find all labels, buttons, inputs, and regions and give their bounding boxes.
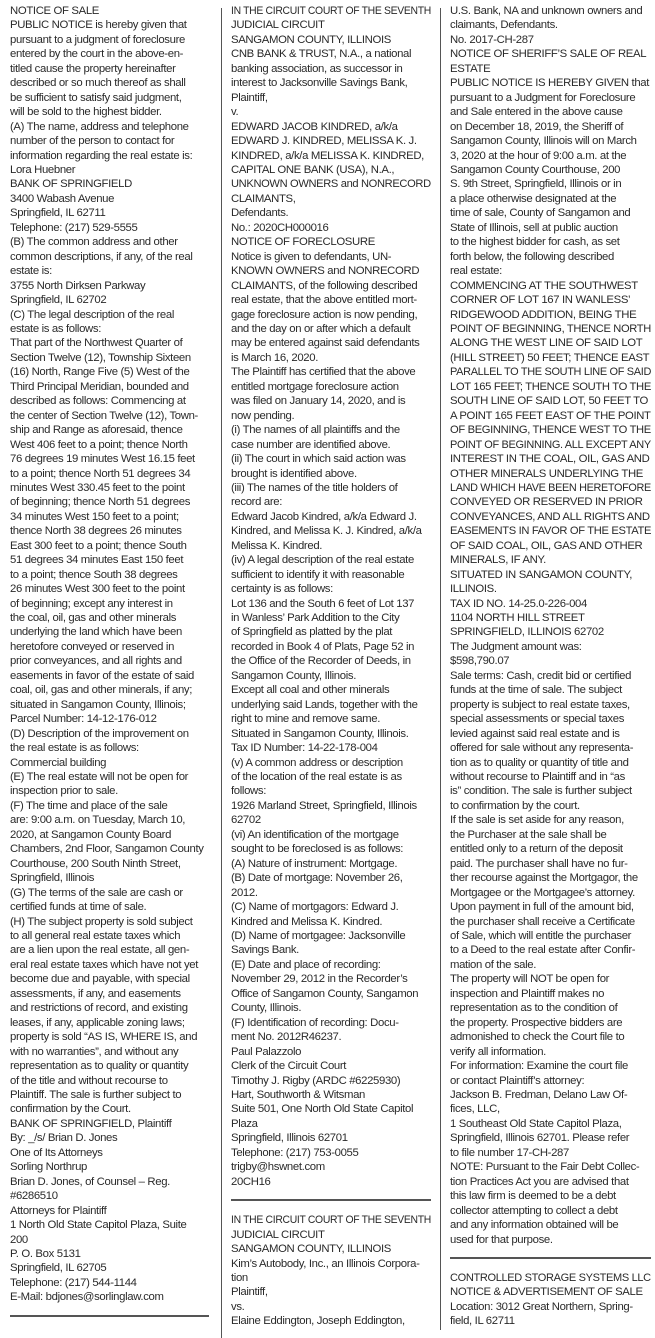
notice-text-line: coal, oil, gas and other minerals, if an… <box>10 683 209 697</box>
notice-text-line: For information: Examine the court file <box>450 1059 651 1073</box>
notice-text-line: 200 <box>10 1233 209 1247</box>
notice-text-line: Sale terms: Cash, credit bid or certifie… <box>450 669 651 683</box>
notice-text-line: BANK OF SPRINGFIELD <box>10 177 209 191</box>
notice-text-line: SPRINGFIELD, ILLINOIS 62702 <box>450 625 651 639</box>
notice-text-line: LOT 165 FEET; THENCE SOUTH TO THE <box>450 380 649 394</box>
notice-text-line: is March 16, 2020. <box>231 351 431 365</box>
notice-text-line: ship and Range as aforesaid, thence <box>10 423 209 437</box>
notice-text-line: JUDICIAL CIRCUIT <box>231 1228 431 1242</box>
notice-text-line: POINT OF BEGINNING. ALL EXCEPT ANY <box>450 438 644 452</box>
notice-text-line: described as follows: Commencing at <box>10 394 209 408</box>
notice-text-line: field, IL 62711 <box>450 1314 651 1328</box>
notice-text-line: Notice is given to defendants, UN- <box>231 250 431 264</box>
notice-text-line: entitled mortgage foreclosure action <box>231 380 431 394</box>
notice-text-line: brought is identified above. <box>231 467 431 481</box>
notice-text-line: (H) The subject property is sold subject <box>10 915 209 929</box>
notice-text-line: (F) The time and place of the sale <box>10 799 209 813</box>
notice-text-line: PARALLEL TO THE SOUTH LINE OF SAID <box>450 365 644 379</box>
notice-text-line: Defendants. <box>231 206 431 220</box>
notice-text-line: record are: <box>231 495 431 509</box>
notice-text-line: Lora Huebner <box>10 163 209 177</box>
notice-text-line: underlying said Lands, together with the <box>231 698 431 712</box>
notice-text-line: LAND WHICH HAVE BEEN HERETOFORE <box>450 481 642 495</box>
notice-text-line: number of the person to contact for <box>10 134 209 148</box>
notice-text-line: (E) The real estate will not be open for <box>10 770 209 784</box>
notice-text-line: EASEMENTS IN FAVOR OF THE ESTATE <box>450 524 648 538</box>
notice-of-sheriffs-sale: U.S. Bank, NA and unknown owners andclai… <box>450 4 651 1247</box>
notice-of-foreclosure-kindred: IN THE CIRCUIT COURT OF THE SEVENTHJUDIC… <box>231 4 431 1189</box>
notice-text-line: 20CH16 <box>231 1175 431 1189</box>
notice-text-line: 3, 2020 at the hour of 9:00 a.m. at the <box>450 149 651 163</box>
notice-text-line: Parcel Number: 14-12-176-012 <box>10 712 209 726</box>
notice-text-line: ther recourse against the Mortgagor, the <box>450 871 651 885</box>
notice-text-line: (D) Description of the improvement on <box>10 727 209 741</box>
notice-text-line: Third Principal Meridian, bounded and <box>10 380 209 394</box>
notice-text-line: forth below, the following described <box>450 250 651 264</box>
notice-text-line: U.S. Bank, NA and unknown owners and <box>450 4 651 18</box>
notice-text-line: Springfield, IL 62702 <box>10 293 209 307</box>
notice-text-line: banking association, as successor in <box>231 62 431 76</box>
notice-text-line: underlying the land which have been <box>10 625 209 639</box>
notice-text-line: special assessments or special taxes <box>450 712 651 726</box>
notice-text-line: to a point; thence North 51 degrees 34 <box>10 467 209 481</box>
notice-text-line: tion <box>231 1271 431 1285</box>
notice-text-line: November 29, 2012 in the Recorder’s <box>231 972 431 986</box>
notice-text-line: Plaza <box>231 1117 431 1131</box>
notice-text-line: 1 Southeast Old State Capitol Plaza, <box>450 1117 651 1131</box>
column-divider <box>221 8 222 1338</box>
notice-text-line: the Office of the Recorder of Deeds, in <box>231 654 431 668</box>
notice-text-line: Jackson B. Fredman, Delano Law Of- <box>450 1088 651 1102</box>
notice-text-line: (E) Date and place of recording: <box>231 958 431 972</box>
notice-text-line: the coal, oil, gas and other minerals <box>10 611 209 625</box>
notice-text-line: Location: 3012 Great Northern, Spring- <box>450 1300 651 1314</box>
notice-text-line: are: 9:00 a.m. on Tuesday, March 10, <box>10 813 209 827</box>
notice-separator <box>450 1257 651 1259</box>
notice-text-line: trigby@hswnet.com <box>231 1160 431 1174</box>
notice-text-line: 51 degrees 34 minutes East 150 feet <box>10 553 209 567</box>
notice-text-line: PUBLIC NOTICE is hereby given that <box>10 18 209 32</box>
notice-text-line: property is subject to real estate taxes… <box>450 698 651 712</box>
notice-text-line: SANGAMON COUNTY, ILLINOIS <box>231 33 431 47</box>
notice-text-line: the center of Section Twelve (12), Town- <box>10 409 209 423</box>
notice-text-line: and the day on or after which a default <box>231 322 431 336</box>
notice-controlled-storage-systems: CONTROLLED STORAGE SYSTEMS LLCNOTICE & A… <box>450 1271 651 1329</box>
notice-text-line: information regarding the real estate is… <box>10 149 209 163</box>
notice-text-line: with no warranties”, and without any <box>10 1045 209 1059</box>
notice-text-line: of beginning; thence North 51 degrees <box>10 495 209 509</box>
notice-text-line: was filed on January 14, 2020, and is <box>231 394 431 408</box>
notice-text-line: real estate: <box>450 264 651 278</box>
notice-text-line: 1104 NORTH HILL STREET <box>450 611 651 625</box>
notice-text-line: representation as to quality or quantity <box>10 1059 209 1073</box>
notice-text-line: of the location of the real estate is as <box>231 770 431 784</box>
notice-text-line: Upon payment in full of the amount bid, <box>450 900 651 914</box>
notice-text-line: One of Its Attorneys <box>10 1146 209 1160</box>
notice-text-line: levied against said real estate and is <box>450 727 651 741</box>
notice-text-line: become due and payable, with special <box>10 972 209 986</box>
notice-text-line: SOUTH LINE OF SAID LOT, 50 FEET TO <box>450 394 651 408</box>
notice-text-line: 3400 Wabash Avenue <box>10 192 209 206</box>
notice-kims-autobody: IN THE CIRCUIT COURT OF THE SEVENTHJUDIC… <box>231 1213 431 1329</box>
notice-text-line: to all general real estate taxes which <box>10 929 209 943</box>
notice-text-line: (HILL STREET) 50 FEET; THENCE EAST <box>450 351 651 365</box>
notice-text-line: Paul Palazzolo <box>231 1045 431 1059</box>
notice-text-line: NOTICE OF SHERIFF’S SALE OF REAL <box>450 47 651 61</box>
column-3: U.S. Bank, NA and unknown owners andclai… <box>450 4 651 1329</box>
notice-text-line: titled cause the property hereinafter <box>10 62 209 76</box>
notice-text-line: E-Mail: bdjones@sorlinglaw.com <box>10 1290 209 1304</box>
notice-text-line: (v) A common address or description <box>231 756 431 770</box>
notice-text-line: of Springfield as platted by the plat <box>231 625 431 639</box>
notice-text-line: KINDRED, a/k/a MELISSA K. KINDRED, <box>231 149 431 163</box>
notice-text-line: (A) The name, address and telephone <box>10 120 209 134</box>
notice-text-line: SANGAMON COUNTY, ILLINOIS <box>231 1242 431 1256</box>
notice-text-line: Springfield, IL 62711 <box>10 206 209 220</box>
notice-text-line: Timothy J. Rigby (ARDC #6225930) <box>231 1074 431 1088</box>
notice-text-line: JUDICIAL CIRCUIT <box>231 18 431 32</box>
notice-text-line: tion Practices Act you are advised that <box>450 1175 651 1189</box>
notice-text-line: Plaintiff, <box>231 91 431 105</box>
notice-text-line: CAPITAL ONE BANK (USA), N.A., <box>231 163 431 177</box>
notice-text-line: claimants, Defendants. <box>450 18 651 32</box>
notice-text-line: That part of the Northwest Quarter of <box>10 336 209 350</box>
notice-text-line: (G) The terms of the sale are cash or <box>10 886 209 900</box>
notice-text-line: will be sold to the highest bidder. <box>10 105 209 119</box>
notice-text-line: to file number 17-CH-287 <box>450 1146 651 1160</box>
notice-text-line: now pending. <box>231 409 431 423</box>
notice-text-line: easements in favor of the estate of said <box>10 669 209 683</box>
notice-text-line: or contact Plaintiff’s attorney: <box>450 1074 651 1088</box>
notice-text-line: Kindred, and Melissa K. J. Kindred, a/k/… <box>231 524 431 538</box>
notice-text-line: Tax ID Number: 14-22-178-004 <box>231 741 431 755</box>
notice-text-line: NOTICE & ADVERTISEMENT OF SALE <box>450 1285 651 1299</box>
notice-text-line: the Purchaser at the sale shall be <box>450 828 651 842</box>
notice-text-line: Sorling Northrup <box>10 1160 209 1174</box>
notice-text-line: the real estate is as follows: <box>10 741 209 755</box>
notice-text-line: Section Twelve (12), Township Sixteen <box>10 351 209 365</box>
notice-text-line: (i) The names of all plaintiffs and the <box>231 423 431 437</box>
notice-text-line: S. 9th Street, Springfield, Illinois or … <box>450 177 651 191</box>
notice-text-line: tion as to quality or quantity of title … <box>450 756 651 770</box>
notice-of-sale-bank-of-springfield: NOTICE OF SALEPUBLIC NOTICE is hereby gi… <box>10 4 209 1305</box>
notice-text-line: CONVEYANCES, AND ALL RIGHTS AND <box>450 510 651 524</box>
notice-text-line: (F) Identification of recording: Docu- <box>231 1016 431 1030</box>
notice-text-line: ment No. 2012R46237. <box>231 1030 431 1044</box>
notice-text-line: (B) The common address and other <box>10 235 209 249</box>
notice-text-line: Hart, Southworth & Witsman <box>231 1088 431 1102</box>
column-2: IN THE CIRCUIT COURT OF THE SEVENTHJUDIC… <box>231 4 431 1329</box>
notice-text-line: assessments, if any, and easements <box>10 987 209 1001</box>
notice-text-line: real estate, that the above entitled mor… <box>231 293 431 307</box>
notice-text-line: 76 degrees 19 minutes West 16.15 feet <box>10 452 209 466</box>
notice-text-line: the purchaser shall receive a Certificat… <box>450 915 651 929</box>
notice-text-line: may be entered against said defendants <box>231 336 431 350</box>
notice-text-line: Springfield, IL 62705 <box>10 1261 209 1275</box>
notice-text-line: common descriptions, if any, of the real <box>10 250 209 264</box>
notice-text-line: Sangamon County, Illinois will on March <box>450 134 651 148</box>
notice-text-line: mation of the sale. <box>450 958 651 972</box>
notice-text-line: EDWARD JACOB KINDRED, a/k/a <box>231 120 431 134</box>
legal-notices-page: NOTICE OF SALEPUBLIC NOTICE is hereby gi… <box>0 0 655 1338</box>
notice-text-line: fices, LLC, <box>450 1102 651 1116</box>
notice-text-line: The Plaintiff has certified that the abo… <box>231 365 431 379</box>
notice-text-line: OTHER MINERALS UNDERLYING THE <box>450 467 651 481</box>
notice-text-line: TAX ID NO. 14-25.0-226-004 <box>450 597 651 611</box>
notice-text-line: CORNER OF LOT 167 IN WANLESS’ <box>450 293 651 307</box>
notice-text-line: UNKNOWN OWNERS and NONRECORD <box>231 177 427 191</box>
notice-text-line: Springfield, Illinois 62701. Please refe… <box>450 1131 651 1145</box>
notice-text-line: situated in Sangamon County, Illinois; <box>10 698 209 712</box>
notice-text-line: NOTE: Pursuant to the Fair Debt Collec- <box>450 1160 651 1174</box>
notice-text-line: KNOWN OWNERS and NONRECORD <box>231 264 431 278</box>
notice-text-line: The Judgment amount was: <box>450 640 651 654</box>
notice-text-line: RIDGEWOOD ADDITION, BEING THE <box>450 308 651 322</box>
notice-text-line: right to mine and remove same. <box>231 712 431 726</box>
notice-text-line: entered by the court in the above-en- <box>10 47 209 61</box>
notice-text-line: Telephone: (217) 544-1144 <box>10 1276 209 1290</box>
notice-text-line: and any information obtained will be <box>450 1218 651 1232</box>
notice-text-line: used for that purpose. <box>450 1233 651 1247</box>
notice-text-line: Except all coal and other minerals <box>231 683 431 697</box>
notice-text-line: (D) Name of mortgagee: Jacksonville <box>231 929 431 943</box>
notice-text-line: follows: <box>231 784 431 798</box>
notice-text-line: inspection and Plaintiff makes no <box>450 987 651 1001</box>
notice-text-line: entitled only to a return of the deposit <box>450 842 651 856</box>
notice-text-line: inspection prior to sale. <box>10 784 209 798</box>
notice-text-line: interest to Jacksonville Savings Bank, <box>231 76 431 90</box>
notice-text-line: leases, if any, applicable zoning laws; <box>10 1016 209 1030</box>
notice-text-line: ALONG THE WEST LINE OF SAID LOT <box>450 336 651 350</box>
notice-text-line: the property. Prospective bidders are <box>450 1016 651 1030</box>
notice-text-line: EDWARD J. KINDRED, MELISSA K. J. <box>231 134 431 148</box>
notice-text-line: Edward Jacob Kindred, a/k/a Edward J. <box>231 510 431 524</box>
notice-text-line: is” condition. The sale is further subje… <box>450 784 651 798</box>
notice-text-line: be sufficient to satisfy said judgment, <box>10 91 209 105</box>
notice-text-line: admonished to check the Court file to <box>450 1030 651 1044</box>
notice-text-line: MINERALS, IF ANY. <box>450 553 651 567</box>
notice-text-line: verify all information. <box>450 1045 651 1059</box>
notice-text-line: this law firm is deemed to be a debt <box>450 1189 651 1203</box>
notice-text-line: Plaintiff. The sale is further subject t… <box>10 1088 209 1102</box>
notice-text-line: Sangamon County Courthouse, 200 <box>450 163 651 177</box>
notice-text-line: Office of Sangamon County, Sangamon <box>231 987 431 1001</box>
column-divider <box>440 8 441 1330</box>
notice-text-line: Telephone: (217) 529-5555 <box>10 221 209 235</box>
notice-text-line: a place otherwise designated at the <box>450 192 651 206</box>
notice-text-line: pursuant to a Judgment for Foreclosure <box>450 91 651 105</box>
notice-text-line: pursuant to a judgment of foreclosure <box>10 33 209 47</box>
notice-text-line: prior conveyances, and all rights and <box>10 654 209 668</box>
notice-text-line: 1926 Marland Street, Springfield, Illino… <box>231 799 431 813</box>
notice-text-line: (iv) A legal description of the real est… <box>231 553 431 567</box>
notice-text-line: and Sale entered in the above cause <box>450 105 651 119</box>
notice-text-line: on December 18, 2019, the Sheriff of <box>450 120 651 134</box>
notice-text-line: Sangamon County, Illinois. <box>231 669 431 683</box>
notice-text-line: eral real estate taxes which have not ye… <box>10 958 209 972</box>
notice-text-line: to a point; thence South 38 degrees <box>10 568 209 582</box>
notice-text-line: CLAIMANTS, of the following described <box>231 279 431 293</box>
notice-text-line: 2020, at Sangamon County Board <box>10 828 209 842</box>
notice-text-line: of Sale, which will entitle the purchase… <box>450 929 651 943</box>
notice-text-line: Plaintiff, <box>231 1285 431 1299</box>
notice-text-line: POINT OF BEGINNING, THENCE NORTH <box>450 322 647 336</box>
notice-text-line: recorded in Book 4 of Plats, Page 52 in <box>231 640 431 654</box>
notice-text-line: Kim’s Autobody, Inc., an Illinois Corpor… <box>231 1257 431 1271</box>
notice-text-line: to confirmation by the court. <box>450 799 651 813</box>
notice-text-line: Elaine Eddington, Joseph Eddington, <box>231 1314 431 1328</box>
notice-text-line: State of Illinois, sell at public auctio… <box>450 221 651 235</box>
notice-text-line: estate is: <box>10 264 209 278</box>
notice-text-line: and restrictions of record, and existing <box>10 1001 209 1015</box>
notice-text-line: 3755 North Dirksen Parkway <box>10 279 209 293</box>
notice-text-line: estate is as follows: <box>10 322 209 336</box>
notice-text-line: CONTROLLED STORAGE SYSTEMS LLC <box>450 1271 645 1285</box>
notice-text-line: OF SAID COAL, OIL, GAS AND OTHER <box>450 539 651 553</box>
notice-text-line: 62702 <box>231 813 431 827</box>
notice-text-line: (vi) An identification of the mortgage <box>231 828 431 842</box>
notice-text-line: By: _/s/ Brian D. Jones <box>10 1131 209 1145</box>
notice-text-line: sought to be foreclosed is as follows: <box>231 842 431 856</box>
notice-text-line: of beginning; except any interest in <box>10 597 209 611</box>
notice-text-line: IN THE CIRCUIT COURT OF THE SEVENTH <box>231 1213 414 1227</box>
notice-text-line: to a Deed to the real estate after Confi… <box>450 943 651 957</box>
notice-text-line: No. 2017-CH-287 <box>450 33 651 47</box>
notice-text-line: (16) North, Range Five (5) West of the <box>10 365 209 379</box>
notice-text-line: gage foreclosure action is now pending, <box>231 308 431 322</box>
notice-text-line: time of sale, County of Sangamon and <box>450 206 651 220</box>
notice-text-line: Lot 136 and the South 6 feet of Lot 137 <box>231 597 431 611</box>
notice-text-line: confirmation by the Court. <box>10 1102 209 1116</box>
notice-text-line: without recourse to Plaintiff and in “as <box>450 770 651 784</box>
notice-text-line: INTEREST IN THE COAL, OIL, GAS AND <box>450 452 651 466</box>
notice-text-line: Kindred and Melissa K. Kindred. <box>231 915 431 929</box>
notice-text-line: CNB BANK & TRUST, N.A., a national <box>231 47 431 61</box>
notice-text-line: The property will NOT be open for <box>450 972 651 986</box>
notice-text-line: OF BEGINNING, THENCE WEST TO THE <box>450 423 648 437</box>
notice-text-line: CLAIMANTS, <box>231 192 431 206</box>
notice-text-line: 2012. <box>231 886 431 900</box>
notice-text-line: $598,790.07 <box>450 654 651 668</box>
notice-text-line: (iii) The names of the title holders of <box>231 481 431 495</box>
notice-text-line: East 300 feet to a point; thence South <box>10 539 209 553</box>
notice-text-line: (C) Name of mortgagors: Edward J. <box>231 900 431 914</box>
notice-text-line: Chambers, 2nd Floor, Sangamon County <box>10 842 209 856</box>
notice-text-line: IN THE CIRCUIT COURT OF THE SEVENTH <box>231 4 414 18</box>
notice-text-line: Commercial building <box>10 756 209 770</box>
notice-text-line: BANK OF SPRINGFIELD, Plaintiff <box>10 1117 209 1131</box>
notice-text-line: No.: 2020CH000016 <box>231 221 431 235</box>
notice-text-line: of the title and without recourse to <box>10 1074 209 1088</box>
notice-text-line: representation as to the condition of <box>450 1001 651 1015</box>
notice-text-line: case number are identified above. <box>231 438 431 452</box>
notice-text-line: A POINT 165 FEET EAST OF THE POINT <box>450 409 650 423</box>
notice-text-line: SITUATED IN SANGAMON COUNTY, <box>450 568 651 582</box>
notice-text-line: Springfield, Illinois <box>10 871 209 885</box>
notice-text-line: COMMENCING AT THE SOUTHWEST <box>450 279 651 293</box>
notice-text-line: PUBLIC NOTICE IS HEREBY GIVEN that <box>450 76 651 90</box>
notice-text-line: West 406 feet to a point; thence North <box>10 438 209 452</box>
notice-text-line: (A) Nature of instrument: Mortgage. <box>231 857 431 871</box>
notice-text-line: Melissa K. Kindred. <box>231 539 431 553</box>
notice-text-line: offered for sale without any representa- <box>450 741 651 755</box>
notice-text-line: property is sold “AS IS, WHERE IS, and <box>10 1030 209 1044</box>
notice-text-line: described or so much thereof as shall <box>10 76 209 90</box>
notice-separator <box>231 1199 431 1201</box>
notice-text-line: NOTICE OF FORECLOSURE <box>231 235 431 249</box>
notice-text-line: NOTICE OF SALE <box>10 4 209 18</box>
notice-text-line: 26 minutes West 300 feet to the point <box>10 582 209 596</box>
notice-text-line: (C) The legal description of the real <box>10 308 209 322</box>
notice-text-line: collector attempting to collect a debt <box>450 1204 651 1218</box>
notice-text-line: Mortgagee or the Mortgagee’s attorney. <box>450 886 651 900</box>
notice-text-line: in Wanless’ Park Addition to the City <box>231 611 431 625</box>
notice-text-line: ESTATE <box>450 62 651 76</box>
notice-text-line: thence North 38 degrees 26 minutes <box>10 524 209 538</box>
notice-text-line: Attorneys for Plaintiff <box>10 1204 209 1218</box>
notice-text-line: Suite 501, One North Old State Capitol <box>231 1102 431 1116</box>
notice-text-line: vs. <box>231 1300 431 1314</box>
notice-text-line: (B) Date of mortgage: November 26, <box>231 871 431 885</box>
notice-text-line: Courthouse, 200 South Ninth Street, <box>10 857 209 871</box>
notice-text-line: Savings Bank. <box>231 943 431 957</box>
notice-text-line: County, Illinois. <box>231 1001 431 1015</box>
notice-text-line: to the highest bidder for cash, as set <box>450 235 651 249</box>
column-1: NOTICE OF SALEPUBLIC NOTICE is hereby gi… <box>10 4 209 1329</box>
notice-text-line: P. O. Box 5131 <box>10 1247 209 1261</box>
notice-text-line: ILLINOIS. <box>450 582 651 596</box>
notice-text-line: 34 minutes West 150 feet to a point; <box>10 510 209 524</box>
notice-text-line: minutes West 330.45 feet to the point <box>10 481 209 495</box>
notice-text-line: paid. The purchaser shall have no fur- <box>450 857 651 871</box>
notice-text-line: funds at the time of sale. The subject <box>450 683 651 697</box>
notice-text-line: certainty is as follows: <box>231 582 431 596</box>
notice-text-line: Brian D. Jones, of Counsel – Reg. <box>10 1175 209 1189</box>
notice-text-line: Clerk of the Circuit Court <box>231 1059 431 1073</box>
notice-text-line: v. <box>231 105 431 119</box>
notice-text-line: #6286510 <box>10 1189 209 1203</box>
notice-text-line: sufficient to identify it with reasonabl… <box>231 568 431 582</box>
notice-text-line: are a lien upon the real estate, all gen… <box>10 943 209 957</box>
notice-separator <box>10 1315 209 1317</box>
notice-text-line: (ii) The court in which said action was <box>231 452 431 466</box>
notice-text-line: Telephone: (217) 753-0055 <box>231 1146 431 1160</box>
notice-text-line: certified funds at time of sale. <box>10 900 209 914</box>
notice-text-line: CONVEYED OR RESERVED IN PRIOR <box>450 495 651 509</box>
notice-text-line: Situated in Sangamon County, Illinois. <box>231 727 431 741</box>
notice-text-line: Springfield, Illinois 62701 <box>231 1131 431 1145</box>
notice-text-line: If the sale is set aside for any reason, <box>450 813 651 827</box>
notice-text-line: 1 North Old State Capitol Plaza, Suite <box>10 1218 209 1232</box>
notice-text-line: heretofore conveyed or reserved in <box>10 640 209 654</box>
